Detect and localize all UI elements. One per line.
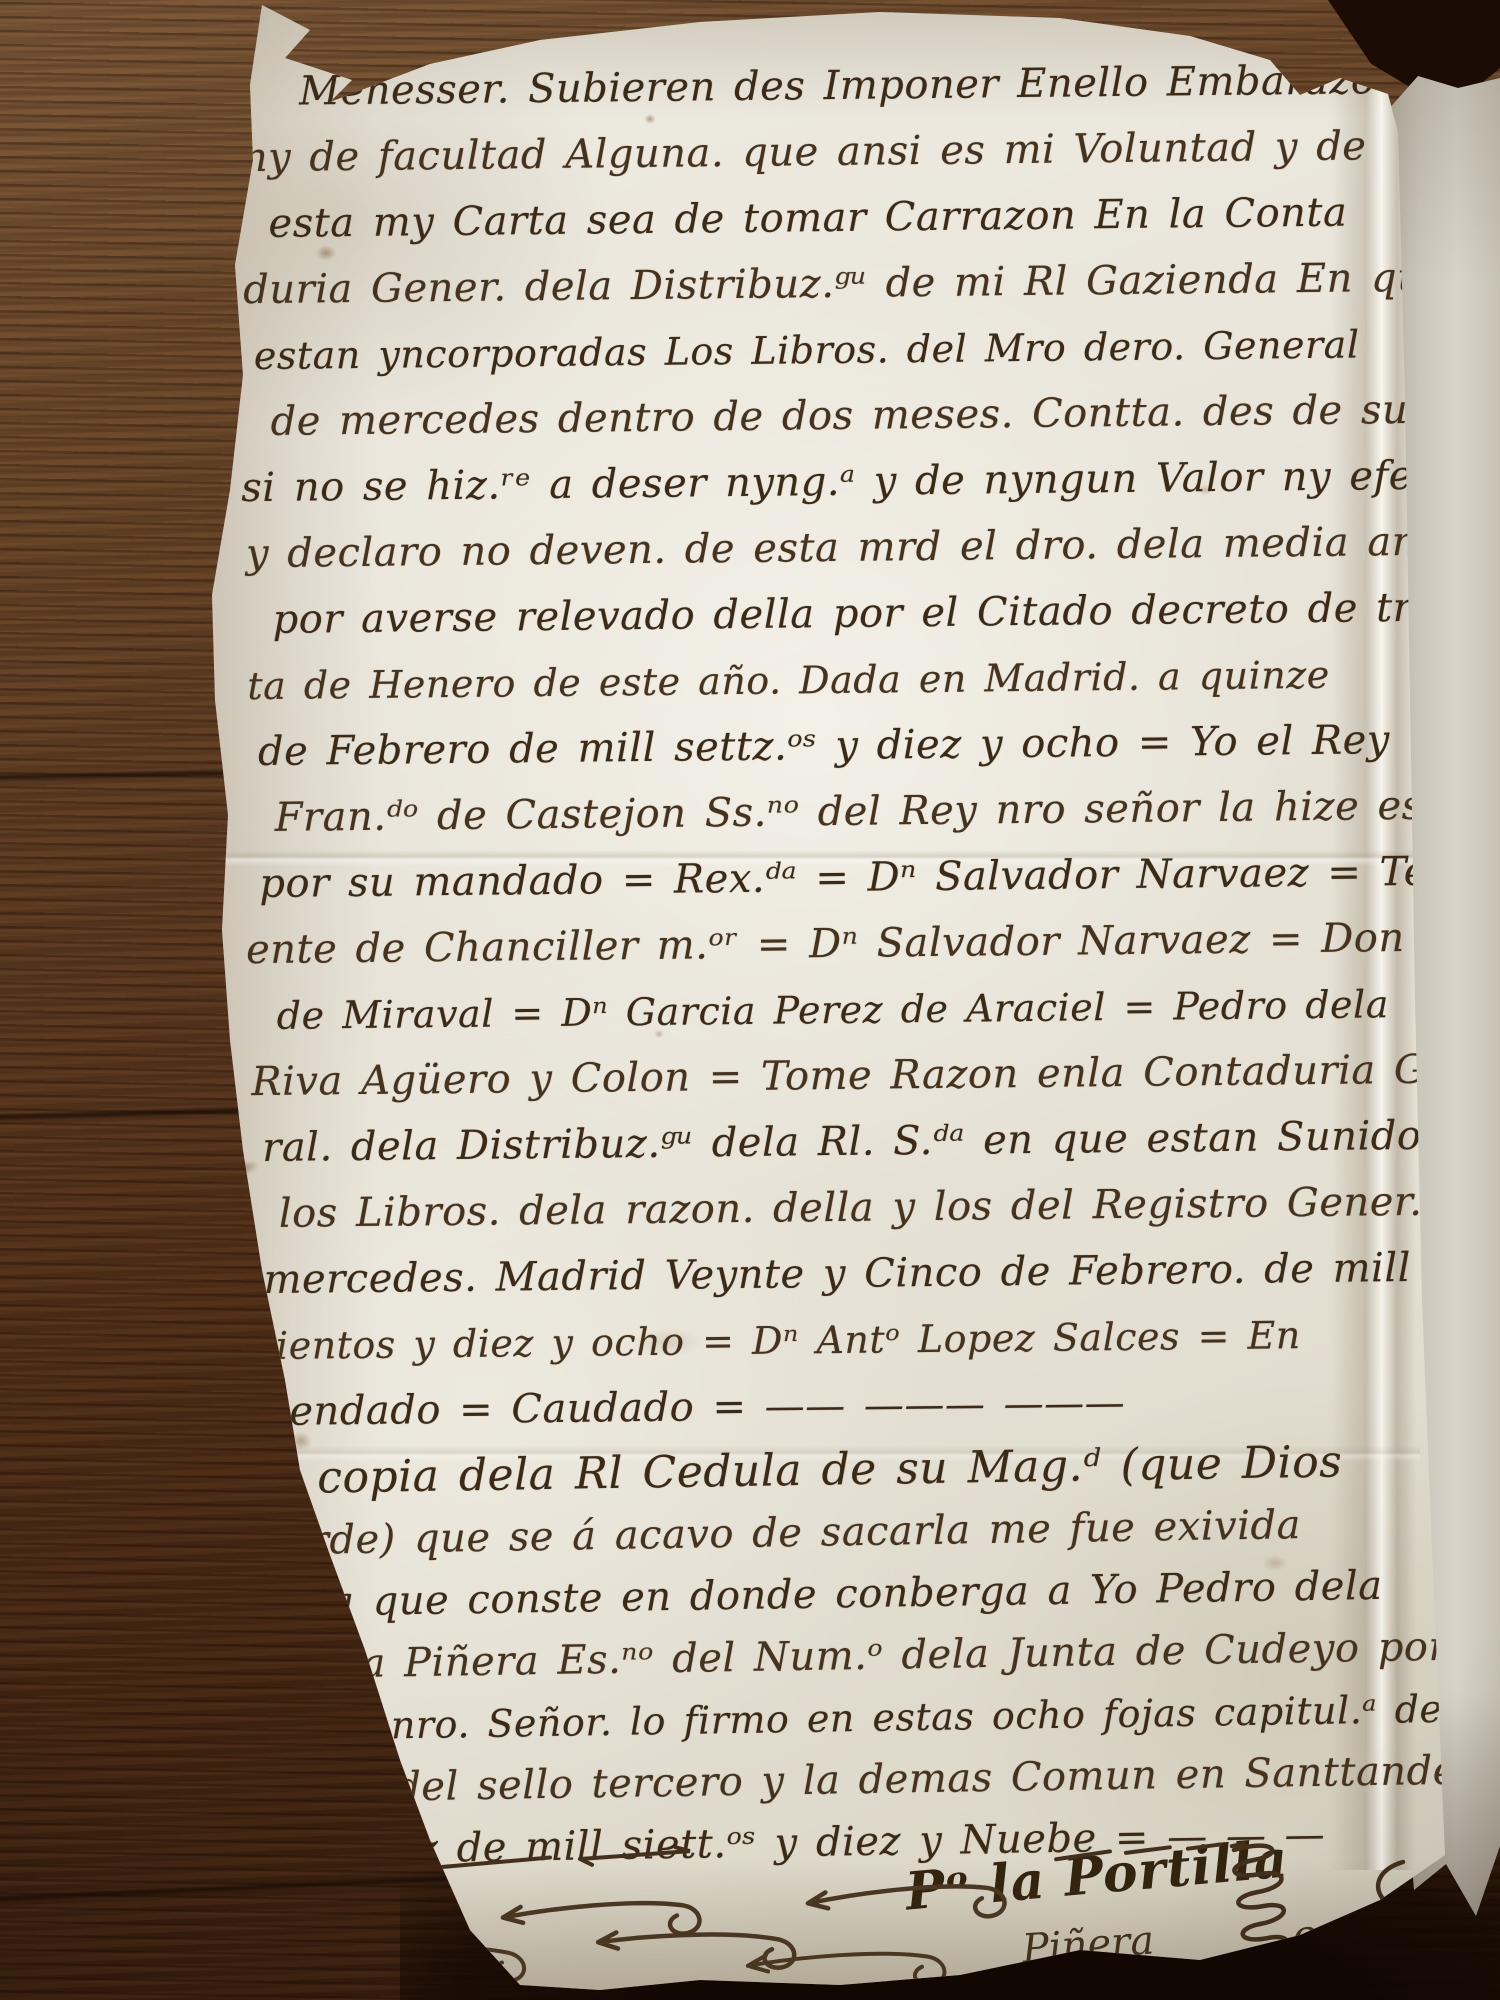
manuscript-paragraph-notary-certification: Es copia dela Rl Cedula de su Mag.ᵈ (que… [232, 1427, 1500, 1883]
manuscript-line: esta my Carta sea de tomar Carrazon En l… [268, 177, 1500, 257]
manuscript-line: los Libros. dela razon. della y los del … [279, 1167, 1500, 1247]
rubric-dash-line [430, 1842, 730, 1877]
manuscript-line: Fran.ᵈᵒ de Castejon Ss.ⁿᵒ del Rey nro se… [274, 771, 1500, 851]
manuscript-line: por averse relevado della por el Citado … [272, 573, 1500, 653]
manuscript-line: de Miraval = Dⁿ Garcia Perez de Araciel … [276, 969, 1500, 1049]
manuscript-line: ral. dela Distribuz.ᵍᵘ dela Rl. S.ᵈᵃ en … [262, 1101, 1500, 1181]
manuscript-line: de mercedes dentro de dos meses. Contta.… [270, 375, 1500, 455]
manuscript-paragraph-royal-cedula: Menesser. Subieren des Imponer Enello Em… [241, 45, 1500, 1445]
manuscript-line: mercedes. Madrid Veynte y Cinco de Febre… [263, 1233, 1500, 1313]
